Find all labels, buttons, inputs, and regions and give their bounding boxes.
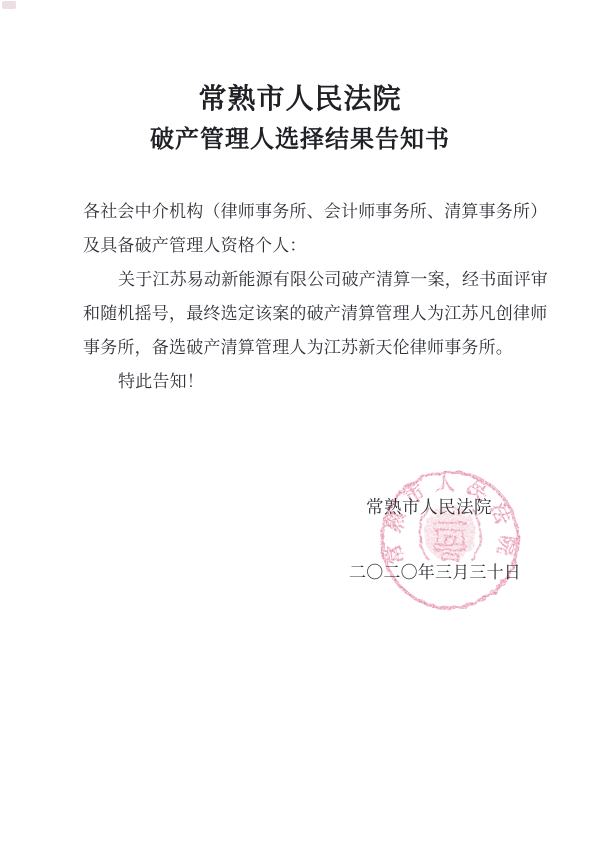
seal-ring xyxy=(382,472,518,608)
salutation-line: 各社会中介机构（律师事务所、会计师事务所、清算事务所） xyxy=(83,195,543,229)
signature-date: 二〇二〇年三月三十日 xyxy=(349,558,521,583)
body-line: 事务所，备选破产清算管理人为江苏新天伦律师事务所。 xyxy=(83,331,543,365)
salutation-line: 及具备破产管理人资格个人： xyxy=(83,229,543,263)
official-seal: 常熟市人民法院 xyxy=(377,467,523,613)
body-line: 和随机摇号，最终选定该案的破产清算管理人为江苏凡创律师 xyxy=(83,297,543,331)
scan-smudge xyxy=(2,1,16,9)
body-line: 关于江苏易动新能源有限公司破产清算一案，经书面评审 xyxy=(83,263,543,297)
body-text: 各社会中介机构（律师事务所、会计师事务所、清算事务所） 及具备破产管理人资格个人… xyxy=(83,195,543,399)
page-title: 常熟市人民法院 xyxy=(0,85,600,115)
closing-line: 特此告知！ xyxy=(83,365,543,399)
document-page: 常熟市人民法院 破产管理人选择结果告知书 各社会中介机构（律师事务所、会计师事务… xyxy=(0,0,600,858)
signature-issuer: 常熟市人民法院 xyxy=(366,494,492,519)
page-subtitle: 破产管理人选择结果告知书 xyxy=(0,126,600,154)
seal-arc-text: 常熟市人民法院 xyxy=(380,472,521,566)
